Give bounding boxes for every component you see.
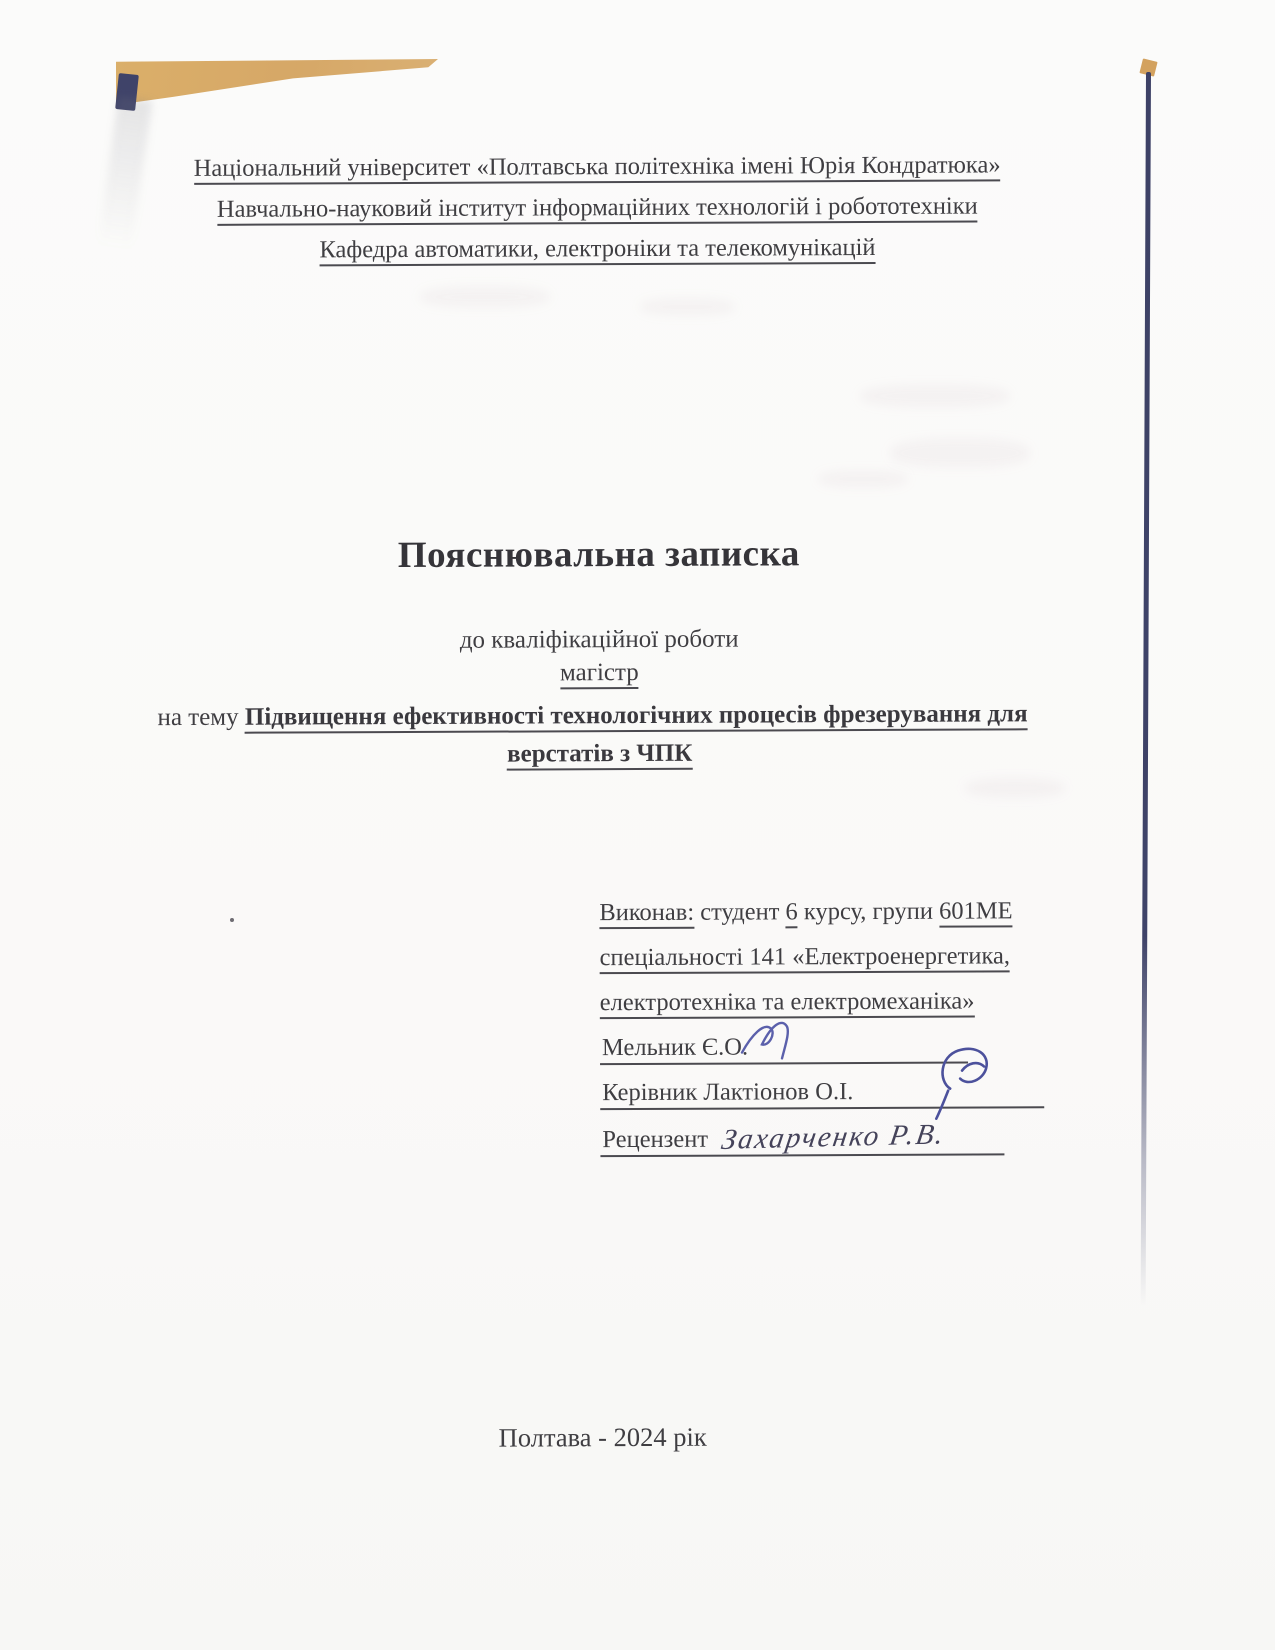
university-name: Національний університет «Полтавська пол… — [194, 151, 1001, 185]
document-title: Пояснювальна записка — [99, 531, 1099, 578]
theme-text-2: верстатів з ЧПК — [507, 740, 692, 771]
speciality-line-2-row: електротехніка та електромеханіка» — [600, 986, 1070, 1033]
theme-prefix: на тему — [157, 704, 238, 731]
reviewer-handwritten-name: Захарченко Р.В. — [711, 1119, 955, 1155]
reviewer-label: Рецензент — [602, 1126, 708, 1153]
institute-name: Навчально-науковий інститут інформаційни… — [217, 193, 978, 226]
university-name-line: Національний університет «Полтавська пол… — [97, 148, 1097, 193]
group-number: 601МЕ — [939, 897, 1013, 927]
document-header: Національний університет «Полтавська пол… — [97, 148, 1098, 275]
theme-line-2: верстатів з ЧПК — [100, 738, 1100, 770]
degree-level: магістр — [560, 659, 639, 689]
department-name: Кафедра автоматики, електроніки та телек… — [319, 234, 875, 266]
course-number: 6 — [785, 898, 797, 928]
department-name-line: Кафедра автоматики, електроніки та телек… — [97, 230, 1097, 275]
student-signature-row: Мельник Є.О. — [600, 1031, 1070, 1078]
theme-text-1: Підвищення ефективності технологічних пр… — [245, 700, 1028, 733]
speciality-line-1-row: спеціальності 141 «Електроенергетика, — [600, 941, 1070, 988]
student-name: Мельник Є.О. — [602, 1034, 748, 1062]
executor-label: Виконав: — [599, 899, 694, 929]
work-type: до кваліфікаційної роботи — [99, 624, 1099, 656]
student-name-underline: Мельник Є.О. — [600, 1032, 968, 1066]
supervisor-name: Керівник Лактіонов О.І. — [602, 1078, 853, 1106]
student-word: студент — [700, 898, 779, 925]
speciality-line-2: електротехніка та електромеханіка» — [600, 988, 975, 1020]
course-word: курсу, групи — [804, 898, 933, 926]
reviewer-signature-row: Рецензент Захарченко Р.В. — [600, 1121, 1070, 1168]
reviewer-underline: Рецензент Захарченко Р.В. — [600, 1121, 1004, 1157]
supervisor-underline: Керівник Лактіонов О.І. — [600, 1076, 1044, 1110]
scanned-title-page: Національний університет «Полтавська пол… — [0, 0, 1275, 1650]
institute-name-line: Навчально-науковий інститут інформаційни… — [97, 189, 1097, 234]
speciality-line-1: спеціальності 141 «Електроенергетика, — [600, 942, 1011, 974]
footer-city-year: Полтава - 2024 рік — [103, 1420, 1103, 1455]
executor-line: Виконав: студент 6 курсу, групи 601МЕ — [599, 896, 1069, 943]
executor-block: Виконав: студент 6 курсу, групи 601МЕ сп… — [599, 896, 1070, 1168]
theme-line-1: на тему Підвищення ефективності технолог… — [157, 700, 1117, 732]
supervisor-signature-row: Керівник Лактіонов О.І. — [600, 1076, 1070, 1123]
degree-level-line: магістр — [99, 657, 1099, 689]
